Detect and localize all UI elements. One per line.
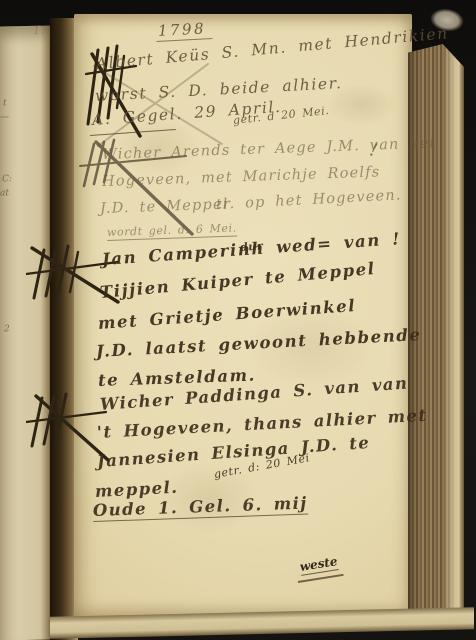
facing-page-text-fragment: 2 — [4, 324, 10, 334]
facing-page-sliver: t — C: at 2 — [0, 26, 52, 640]
facing-page-text-fragment: t — [3, 98, 7, 108]
facing-page-text-fragment: — — [0, 112, 9, 122]
facing-page-text-fragment: C: — [2, 174, 12, 184]
pencil-page-number: 17 — [33, 24, 47, 37]
facing-page-text-fragment: at — [0, 188, 9, 198]
year-heading: 1798 — [155, 19, 212, 42]
book-photo: t — C: at 2 17 1798 Albert Keüs S. Mn. m… — [0, 0, 476, 640]
superscript-note: dur — [240, 239, 264, 254]
